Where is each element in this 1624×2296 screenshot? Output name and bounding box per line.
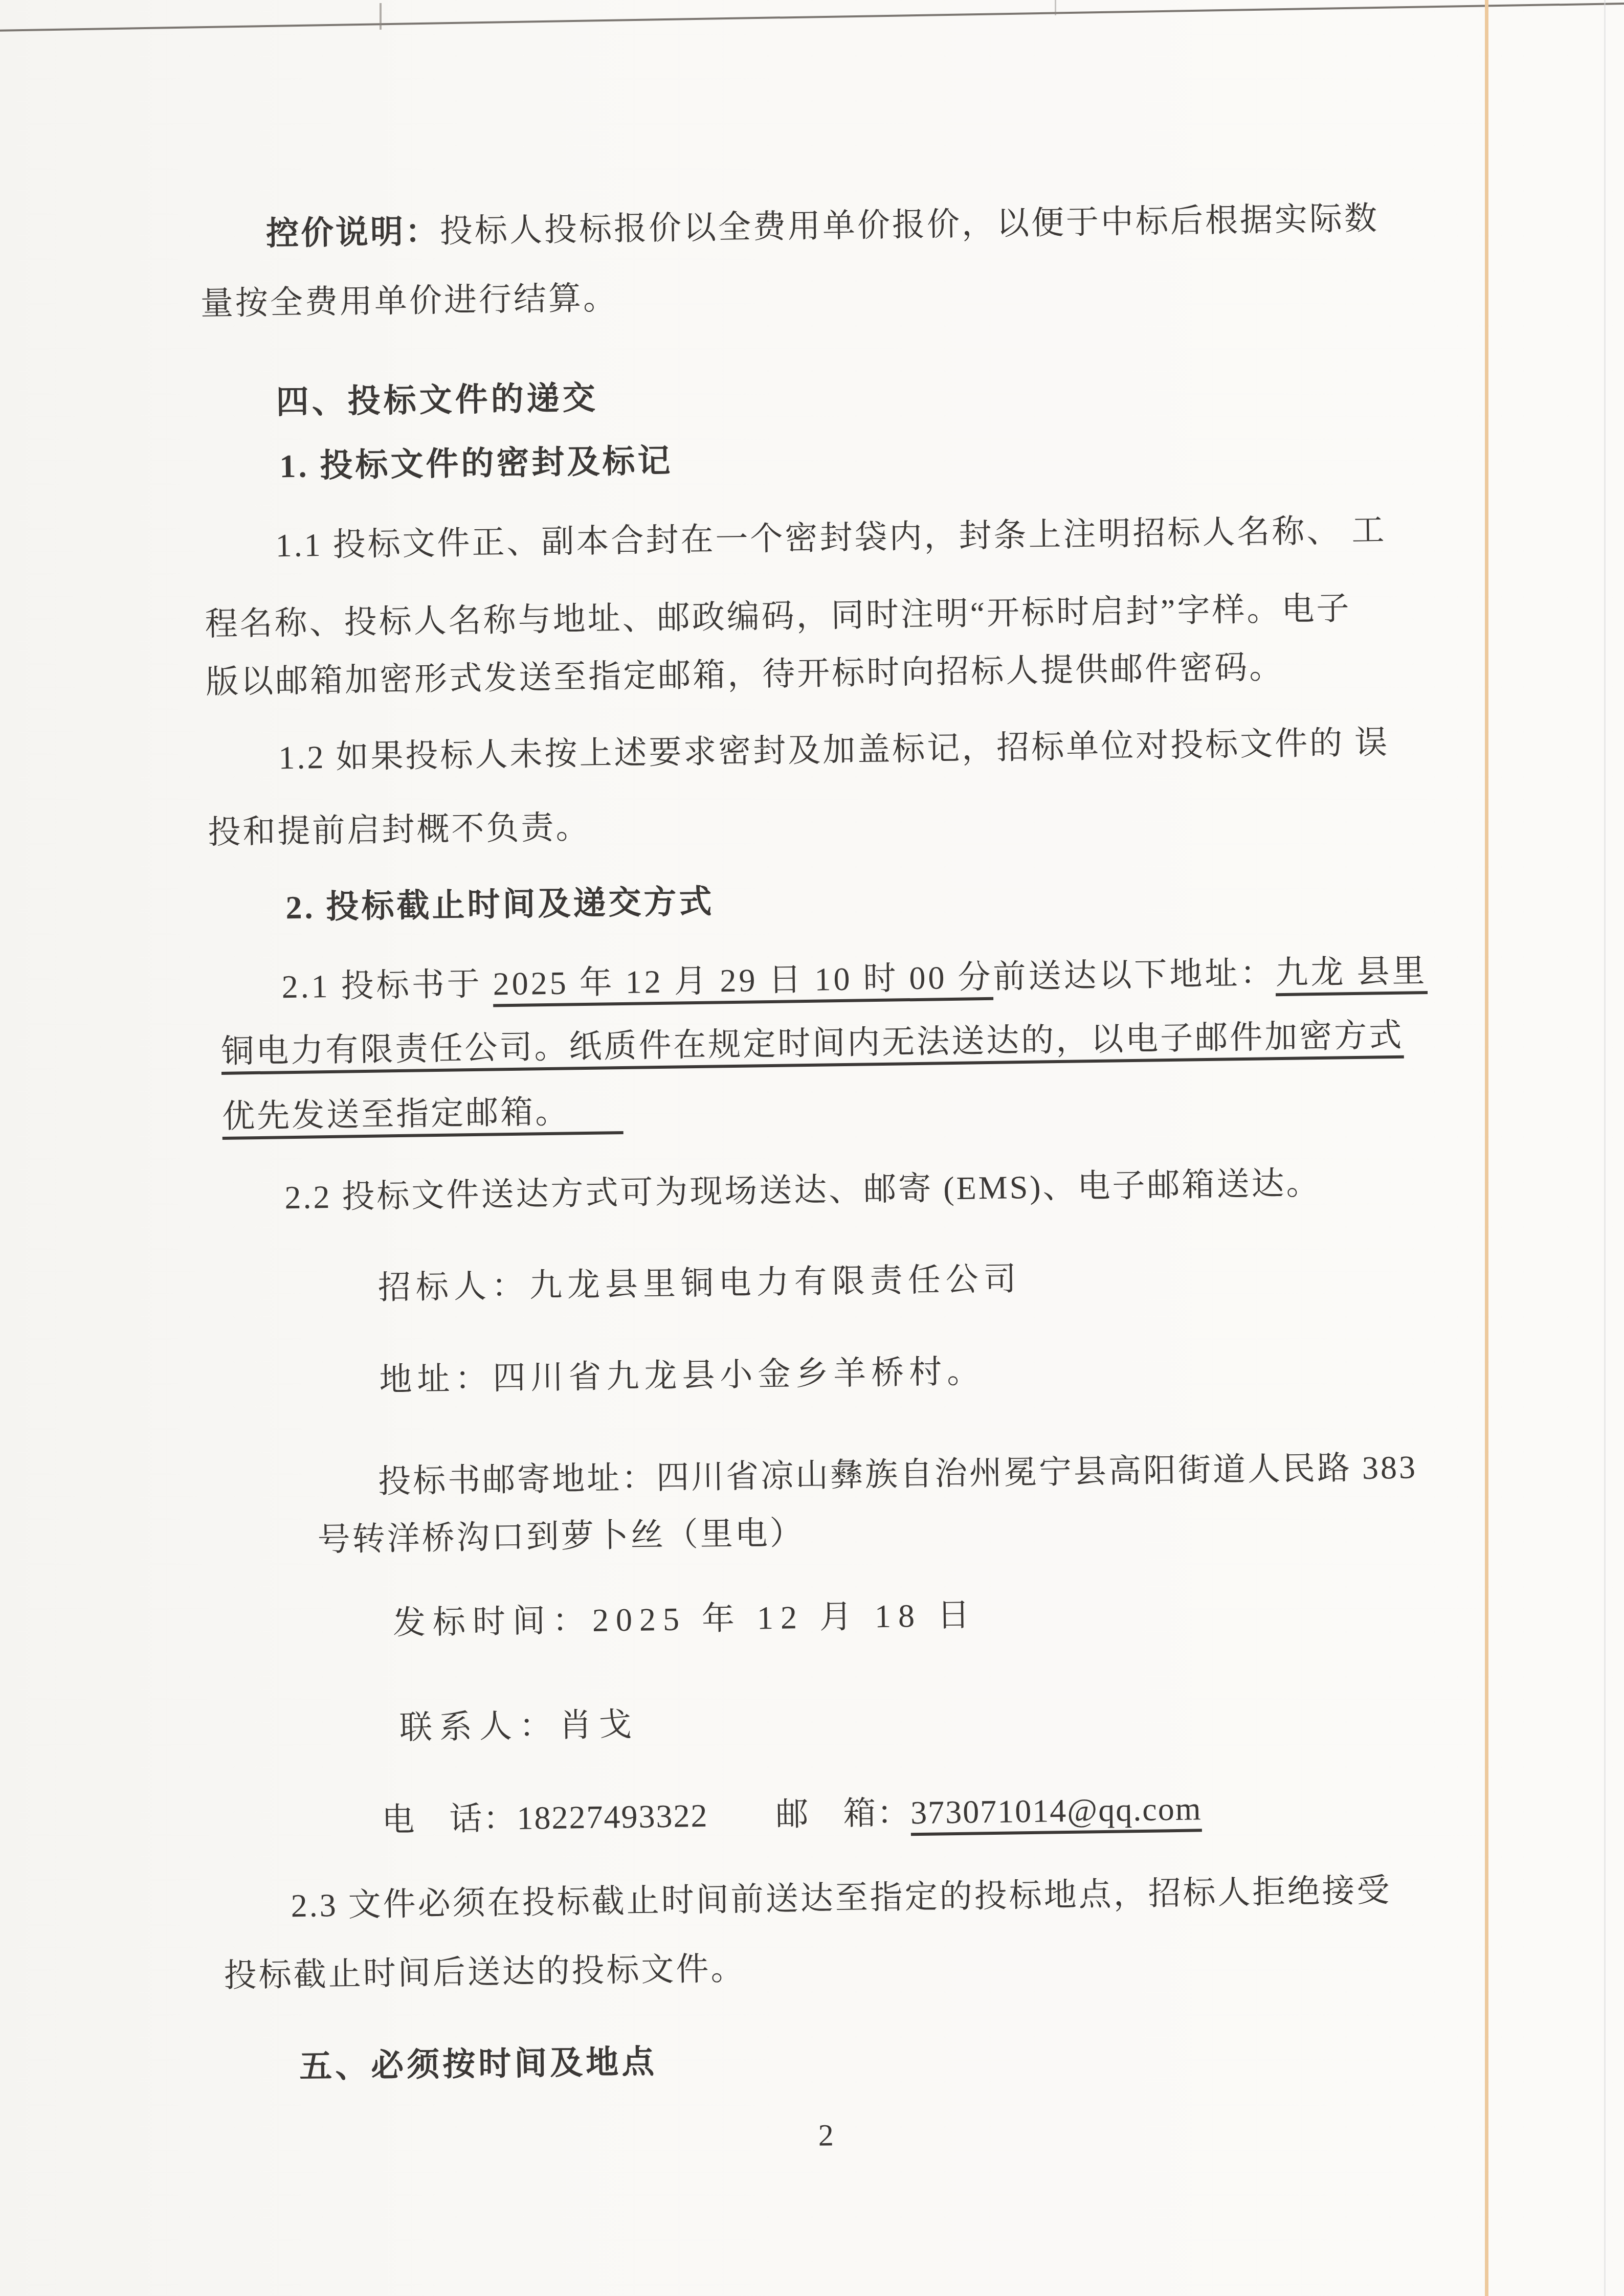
line-contact-text: 联系人：肖戈 xyxy=(399,1706,639,1746)
line-mail-address-a-text: 投标书邮寄地址：四川省凉山彝族自治州冕宁县高阳街道人民路 383 xyxy=(378,1449,1418,1499)
line-1-1-b-text: 程名称、投标人名称与地址、邮政编码，同时注明“开标时启封”字样。电子 xyxy=(205,590,1351,642)
scanned-document-page: 2 控价说明：投标人投标报价以全费用单价报价，以便于中标后根据实际数量按全费用单… xyxy=(0,0,1624,2296)
line-2-3-b: 投标截止时间后送达的投标文件。 xyxy=(224,1944,746,2000)
line-2-1-a: 2.1 投标书于 2025 年 12 月 29 日 10 时 00 分前送达以下… xyxy=(281,947,1428,1011)
line-price-note-1-text: 投标人投标报价以全费用单价报价，以便于中标后根据实际数 xyxy=(440,200,1380,250)
line-2-3-a: 2.3 文件必须在投标截止时间前送达至指定的投标地点，招标人拒绝接受 xyxy=(291,1866,1392,1930)
line-2-2-text: 2.2 投标文件送达方式可为现场送达、邮寄 (EMS)、电子邮箱送达。 xyxy=(284,1165,1321,1215)
line-1-1-c-text: 版以邮箱加密形式发送至指定邮箱，待开标时向招标人提供邮件密码。 xyxy=(206,649,1284,700)
text-layer: 2 控价说明：投标人投标报价以全费用单价报价，以便于中标后根据实际数量按全费用单… xyxy=(0,0,1624,2296)
heading-section-5-text: 五、必须按时间及地点 xyxy=(299,2043,658,2085)
line-issue-date: 发标时间：2025 年 12 月 18 日 xyxy=(392,1590,977,1648)
heading-4-1: 1. 投标文件的密封及标记 xyxy=(279,437,673,491)
line-2-1-c: 优先发送至指定邮箱。 xyxy=(222,1087,624,1141)
line-mail-address-b-text: 号转洋桥沟口到萝卜丝（里电） xyxy=(317,1515,805,1558)
line-mail-address-a: 投标书邮寄地址：四川省凉山彝族自治州冕宁县高阳街道人民路 383 xyxy=(378,1443,1418,1506)
heading-4-2-text: 2. 投标截止时间及递交方式 xyxy=(285,883,715,926)
line-price-note-2: 量按全费用单价进行结算。 xyxy=(200,274,618,328)
line-contact: 联系人：肖戈 xyxy=(399,1700,639,1753)
heading-4-2: 2. 投标截止时间及递交方式 xyxy=(285,877,715,932)
line-2-1-a-text: 九龙 县里 xyxy=(1275,953,1428,996)
line-1-2-b-text: 投和提前启封概不负责。 xyxy=(208,809,591,850)
line-2-1-a-text: 前送达以下地址： xyxy=(993,955,1276,995)
heading-4-1-text: 1. 投标文件的密封及标记 xyxy=(279,443,673,485)
heading-section-4: 四、投标文件的递交 xyxy=(276,374,598,427)
line-2-3-a-text: 2.3 文件必须在投标截止时间前送达至指定的投标地点，招标人拒绝接受 xyxy=(291,1872,1392,1924)
line-phone-email-text: 电 话：18227493322 邮 箱： xyxy=(382,1794,911,1838)
line-address: 地址：四川省九龙县小金乡羊桥村。 xyxy=(379,1347,985,1405)
line-mail-address-b: 号转洋桥沟口到萝卜丝（里电） xyxy=(317,1509,805,1564)
line-1-2-a: 1.2 如果投标人未按上述要求密封及加盖标记，招标单位对投标文件的 误 xyxy=(278,718,1390,782)
line-price-note-1: 控价说明：投标人投标报价以全费用单价报价，以便于中标后根据实际数 xyxy=(265,194,1379,258)
heading-section-4-text: 四、投标文件的递交 xyxy=(276,380,598,421)
line-price-note-2-text: 量按全费用单价进行结算。 xyxy=(200,280,618,322)
line-1-1-c: 版以邮箱加密形式发送至指定邮箱，待开标时向招标人提供邮件密码。 xyxy=(206,643,1284,707)
line-2-1-c-text: 优先发送至指定邮箱。 xyxy=(222,1093,624,1140)
line-phone-email-text: 373071014@qq.com xyxy=(910,1790,1202,1836)
line-1-1-b: 程名称、投标人名称与地址、邮政编码，同时注明“开标时启封”字样。电子 xyxy=(205,584,1351,649)
line-price-note-1-text: 控价说明： xyxy=(266,213,440,252)
line-1-2-b: 投和提前启封概不负责。 xyxy=(208,803,591,857)
line-1-1-a: 1.1 投标文件正、副本合封在一个密封袋内，封条上注明招标人名称、 工 xyxy=(275,506,1387,570)
line-1-1-a-text: 1.1 投标文件正、副本合封在一个密封袋内，封条上注明招标人名称、 工 xyxy=(275,512,1387,564)
line-1-2-a-text: 1.2 如果投标人未按上述要求密封及加盖标记，招标单位对投标文件的 误 xyxy=(278,724,1390,776)
line-2-2: 2.2 投标文件送达方式可为现场送达、邮寄 (EMS)、电子邮箱送达。 xyxy=(284,1159,1321,1222)
line-tenderer-text: 招标人：九龙县里铜电力有限责任公司 xyxy=(377,1260,1021,1306)
line-issue-date-text: 发标时间：2025 年 12 月 18 日 xyxy=(393,1596,977,1641)
line-2-1-a-text: 2025 年 12 月 29 日 10 时 00 分 xyxy=(493,959,993,1007)
line-2-1-b-text: 铜电力有限责任公司。纸质件在规定时间内无法送达的，以电子邮件加密方式 xyxy=(221,1017,1404,1075)
page-number: 2 xyxy=(14,2099,1624,2171)
line-phone-email: 电 话：18227493322 邮 箱：373071014@qq.com xyxy=(382,1784,1202,1844)
line-tenderer: 招标人：九龙县里铜电力有限责任公司 xyxy=(377,1254,1021,1313)
line-2-3-b-text: 投标截止时间后送达的投标文件。 xyxy=(224,1950,746,1994)
heading-section-5: 五、必须按时间及地点 xyxy=(299,2037,657,2091)
line-address-text: 地址：四川省九龙县小金乡羊桥村。 xyxy=(379,1353,985,1398)
line-2-1-b: 铜电力有限责任公司。纸质件在规定时间内无法送达的，以电子邮件加密方式 xyxy=(221,1011,1404,1076)
line-2-1-a-text: 2.1 投标书于 xyxy=(281,966,493,1005)
